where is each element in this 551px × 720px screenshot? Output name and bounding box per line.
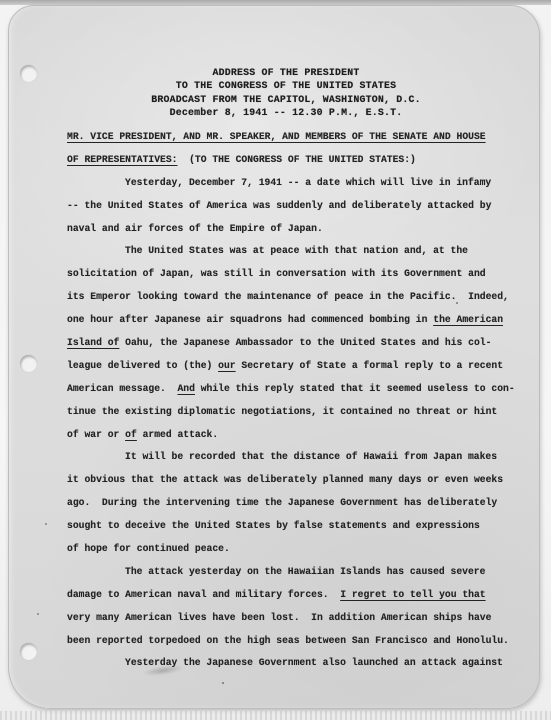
underlined-text: MR. VICE PRESIDENT, AND MR. SPEAKER, AND… (67, 131, 486, 142)
typed-text: The United States was at peace with that… (125, 245, 468, 256)
typed-line: OF REPRESENTATIVES: (TO THE CONGRESS OF … (67, 149, 529, 172)
typed-text: naval and air forces of the Empire of Ja… (67, 223, 323, 234)
typed-line: sought to deceive the United States by f… (67, 515, 529, 538)
typed-line: one hour after Japanese air squadrons ha… (67, 309, 529, 332)
typed-text: it obvious that the attack was deliberat… (67, 474, 503, 485)
typed-text: Secretary of State a formal reply to a r… (236, 360, 503, 371)
header-line: BROADCAST FROM THE CAPITOL, WASHINGTON, … (33, 93, 539, 106)
typed-line: ago. During the intervening time the Jap… (67, 492, 529, 515)
typed-text: Yesterday, December 7, 1941 -- a date wh… (125, 177, 491, 188)
typed-text: very many American lives have been lost.… (67, 612, 491, 623)
typed-text: Oahu, the Japanese Ambassador to the Uni… (119, 337, 491, 348)
paper-speck (45, 523, 47, 525)
typed-text: American message. (67, 383, 177, 394)
typed-text: -- the United States of America was sudd… (67, 200, 491, 211)
typed-text: armed attack. (137, 429, 218, 440)
typed-text: damage to American naval and military fo… (67, 589, 340, 600)
typed-text: one hour after Japanese air squadrons ha… (67, 314, 433, 325)
underlined-text: OF REPRESENTATIVES: (67, 154, 177, 165)
typed-line: American message. And while this reply s… (67, 378, 529, 401)
typed-line: tinue the existing diplomatic negotiatio… (67, 401, 529, 424)
typed-line: Yesterday the Japanese Government also l… (67, 652, 529, 675)
typed-text: (TO THE CONGRESS OF THE UNITED STATES:) (177, 154, 415, 165)
typed-line: solicitation of Japan, was still in conv… (67, 263, 529, 286)
document-photo: ADDRESS OF THE PRESIDENTTO THE CONGRESS … (0, 0, 551, 720)
underlined-text: And (177, 383, 194, 394)
underlined-text: the American (433, 314, 503, 325)
typed-text: of hope for continued peace. (67, 543, 230, 554)
typed-text: while this reply stated that it seemed u… (195, 383, 515, 394)
typed-line: of hope for continued peace. (67, 538, 529, 561)
typed-line: The United States was at peace with that… (67, 240, 529, 263)
typed-line: It will be recorded that the distance of… (67, 446, 529, 469)
punch-hole (20, 355, 37, 372)
typed-body: MR. VICE PRESIDENT, AND MR. SPEAKER, AND… (67, 126, 529, 675)
typed-line: been reported torpedoed on the high seas… (67, 630, 529, 653)
typed-line: its Emperor looking toward the maintenan… (67, 286, 529, 309)
underlined-text: I regret to tell you that (340, 589, 485, 600)
typed-text: ago. During the intervening time the Jap… (67, 497, 497, 508)
typed-line: The attack yesterday on the Hawaiian Isl… (67, 561, 529, 584)
typed-line: of war or of armed attack. (67, 424, 529, 447)
photo-bottom-edge (0, 711, 551, 720)
punch-hole (20, 65, 37, 82)
paper-speck (222, 682, 224, 684)
underlined-text: Island of (67, 337, 119, 348)
typed-line: Yesterday, December 7, 1941 -- a date wh… (67, 172, 529, 195)
typed-line: Island of Oahu, the Japanese Ambassador … (67, 332, 529, 355)
typed-text: solicitation of Japan, was still in conv… (67, 268, 486, 279)
header-line: December 8, 1941 -- 12.30 P.M., E.S.T. (33, 106, 539, 119)
typed-text: its Emperor looking toward the maintenan… (67, 291, 509, 302)
typed-line: naval and air forces of the Empire of Ja… (67, 218, 529, 241)
typed-text: It will be recorded that the distance of… (125, 451, 497, 462)
typed-text: sought to deceive the United States by f… (67, 520, 480, 531)
typed-line: it obvious that the attack was deliberat… (67, 469, 529, 492)
typed-text: league delivered to (the) (67, 360, 218, 371)
typed-text: been reported torpedoed on the high seas… (67, 635, 509, 646)
typed-text: The attack yesterday on the Hawaiian Isl… (125, 566, 485, 577)
typed-line: damage to American naval and military fo… (67, 584, 529, 607)
header-line: ADDRESS OF THE PRESIDENT (33, 66, 539, 79)
typed-text: tinue the existing diplomatic negotiatio… (67, 406, 497, 417)
underlined-text: of (125, 429, 137, 440)
underlined-text: our (218, 360, 235, 371)
paper-speck (37, 613, 39, 615)
typed-line: league delivered to (the) our Secretary … (67, 355, 529, 378)
paper-speck (456, 302, 458, 304)
header-line: TO THE CONGRESS OF THE UNITED STATES (33, 79, 539, 92)
header-block: ADDRESS OF THE PRESIDENTTO THE CONGRESS … (33, 66, 539, 120)
typed-line: very many American lives have been lost.… (67, 607, 529, 630)
punch-hole (20, 643, 37, 660)
typewritten-page: ADDRESS OF THE PRESIDENTTO THE CONGRESS … (8, 5, 540, 709)
typed-text: of war or (67, 429, 125, 440)
typed-line: -- the United States of America was sudd… (67, 195, 529, 218)
typed-line: MR. VICE PRESIDENT, AND MR. SPEAKER, AND… (67, 126, 529, 149)
